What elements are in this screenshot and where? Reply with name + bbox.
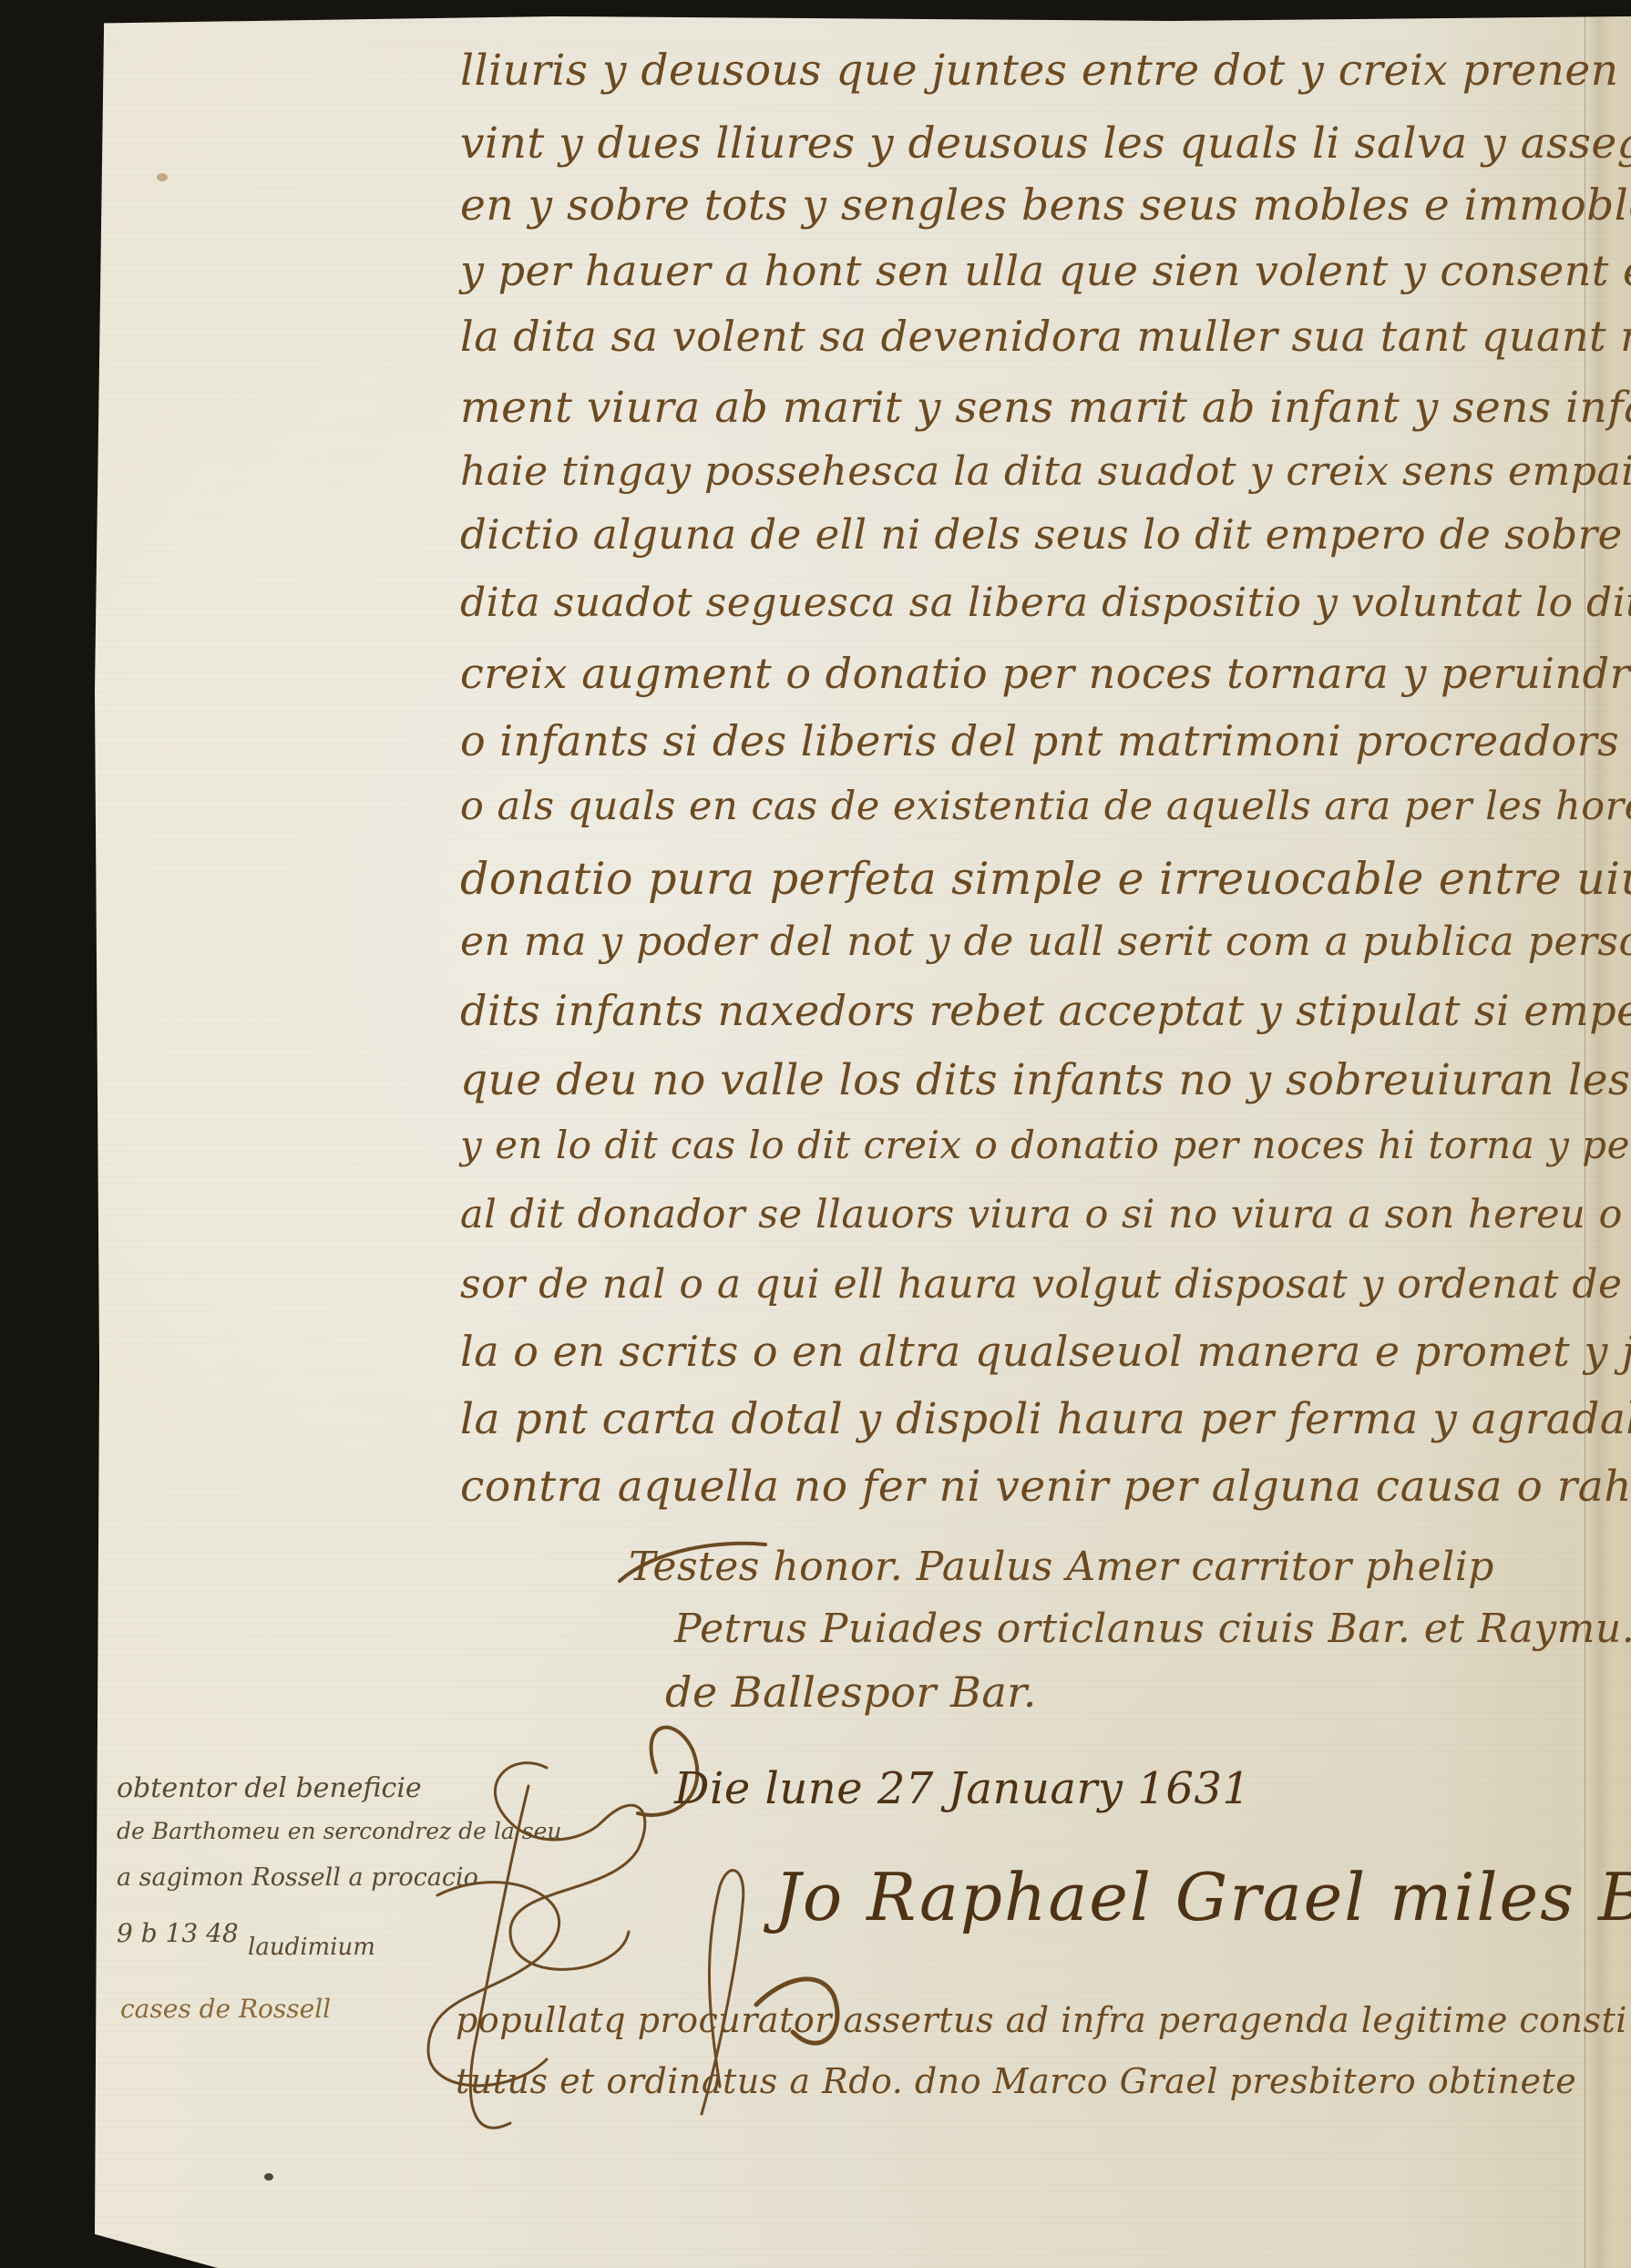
text-line: creix augment o donatio per noces tornar… — [460, 649, 1631, 698]
text-line: y per hauer a hont sen ulla que sien vol… — [460, 246, 1631, 295]
text-line: dits infants naxedors rebet acceptat y s… — [460, 986, 1631, 1035]
text-line: y en lo dit cas lo dit creix o donatio p… — [460, 1123, 1631, 1167]
text-line: la o en scrits o en altra qualseuol mane… — [460, 1327, 1631, 1376]
text-line: en ma y poder del not y de uall serit co… — [460, 918, 1631, 965]
margin-note-line: a sagimon Rossell a procacio — [117, 1863, 478, 1892]
text-line: sor de nal o a qui ell haura volgut disp… — [460, 1261, 1631, 1308]
margin-note-line: de Barthomeu en sercondrez de la seu — [117, 1818, 561, 1844]
margin-note-line: laudimium — [248, 1934, 375, 1961]
date-line: Die lune 27 January 1631 — [674, 1763, 1250, 1814]
entry-text-line: popullatq procurator assertus ad infra p… — [456, 2000, 1627, 2040]
margin-note-line: cases de Rossell — [120, 1994, 331, 2024]
witness-line: Petrus Puiades orticlanus ciuis Bar. et … — [674, 1606, 1631, 1652]
ink-stain — [157, 173, 168, 181]
ink-stain — [264, 2173, 273, 2181]
text-line: la pnt carta dotal y dispoli haura per f… — [460, 1394, 1631, 1444]
text-line: o als quals en cas de existentia de aque… — [460, 784, 1631, 829]
text-line: al dit donador se llauors viura o si no … — [460, 1192, 1631, 1237]
text-line: dictio alguna de ell ni dels seus lo dit… — [460, 510, 1631, 559]
entry-text-line: tutus et ordinatus a Rdo. dno Marco Grae… — [456, 2061, 1576, 2101]
margin-note-line: obtentor del beneficie — [117, 1772, 422, 1804]
witness-line: Testes honor. Paulus Amer carritor pheli… — [629, 1544, 1494, 1590]
text-line: lliuris y deusous que juntes entre dot y… — [460, 46, 1631, 96]
text-line: haie tingay possehesca la dita suadot y … — [460, 448, 1631, 495]
text-line: o infants si des liberis del pnt matrimo… — [460, 716, 1631, 765]
signatory-line: Jo Raphael Grael miles Bar. — [774, 1859, 1631, 1935]
text-line: donatio pura perfeta simple e irreuocabl… — [460, 853, 1631, 905]
text-line: dita suadot seguesca sa libera dispositi… — [460, 580, 1631, 626]
text-line: en y sobre tots y sengles bens seus mobl… — [460, 180, 1631, 231]
text-line: que deu no valle los dits infants no y s… — [460, 1055, 1631, 1105]
text-line: ment viura ab marit y sens marit ab infa… — [460, 383, 1631, 433]
text-line: contra aquella no fer ni venir per algun… — [460, 1462, 1631, 1512]
text-line: vint y dues lliures y deusous les quals … — [460, 118, 1631, 169]
witness-line: de Ballespor Bar. — [665, 1668, 1037, 1717]
text-line: la dita sa volent sa devenidora muller s… — [460, 312, 1631, 361]
margin-note-line: 9 b 13 48 — [117, 1918, 239, 1948]
